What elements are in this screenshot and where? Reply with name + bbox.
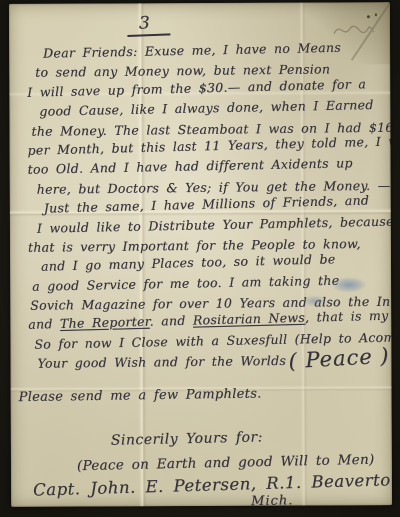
signature-location: Mich. <box>251 493 294 507</box>
paper-speck <box>375 13 377 16</box>
ink-smudge <box>332 277 366 292</box>
ink-smudge <box>302 295 326 306</box>
letter-page: 3 Dear Friends: Exuse me, I have no Mean… <box>9 2 392 507</box>
paper-speck <box>367 15 370 18</box>
motto-line: (Peace on Earth and good Will to Men) <box>77 452 375 474</box>
request-line: Please send me a few Pamphlets. <box>19 386 262 405</box>
page-number: 3 <box>127 12 171 37</box>
closing-line: Sincerily Yours for: <box>111 429 263 448</box>
scan-background: 3 Dear Friends: Exuse me, I have no Mean… <box>0 0 400 517</box>
letter-body: Dear Friends: Exuse me, I have no Meanst… <box>9 44 391 375</box>
